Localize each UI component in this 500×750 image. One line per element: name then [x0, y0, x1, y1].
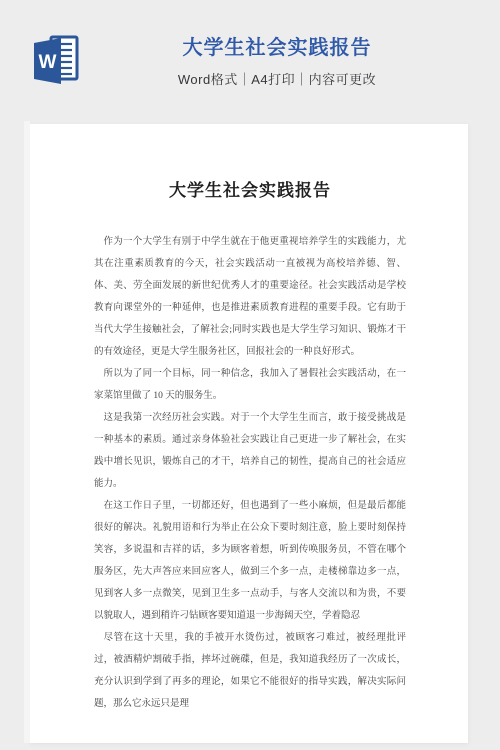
paragraph: 这是我第一次经历社会实践。对于一个大学生生而言，敢于接受挑战是一种基本的素质。通…	[94, 407, 406, 495]
document-preview-page: 大学生社会实践报告 作为一个大学生有别于中学生就在于他更重视培养学生的实践能力，…	[30, 124, 468, 743]
paragraph: 在这工作日子里，一切都还好，但也遇到了一些小麻烦，但是最后都能很好的解决。礼貌用…	[94, 495, 406, 627]
word-icon-letter: W	[39, 52, 57, 73]
document-content: 大学生社会实践报告 作为一个大学生有别于中学生就在于他更重视培养学生的实践能力，…	[30, 124, 468, 743]
template-subtitle: Word格式｜A4打印｜内容可更改	[54, 69, 500, 88]
page-background: W 大学生社会实践报告 Word格式｜A4打印｜内容可更改 大学生社会实践报告 …	[0, 0, 500, 750]
word-icon: W	[26, 31, 82, 87]
document-body: 作为一个大学生有别于中学生就在于他更重视培养学生的实践能力，尤其在注重素质教育的…	[94, 231, 406, 715]
paragraph: 作为一个大学生有别于中学生就在于他更重视培养学生的实践能力，尤其在注重素质教育的…	[94, 231, 406, 363]
document-title: 大学生社会实践报告	[94, 176, 406, 201]
template-title: 大学生社会实践报告	[54, 36, 500, 60]
paragraph: 所以为了同一个目标，同一种信念，我加入了暑假社会实践活动，在一家菜馆里做了 10…	[94, 363, 406, 407]
paragraph: 尽管在这十天里，我的手被开水烫伤过，被顾客刁难过，被经理批评过，被酒精炉割破手指…	[94, 627, 406, 715]
header: W 大学生社会实践报告 Word格式｜A4打印｜内容可更改	[0, 0, 500, 124]
header-text-block: 大学生社会实践报告 Word格式｜A4打印｜内容可更改	[54, 0, 500, 88]
